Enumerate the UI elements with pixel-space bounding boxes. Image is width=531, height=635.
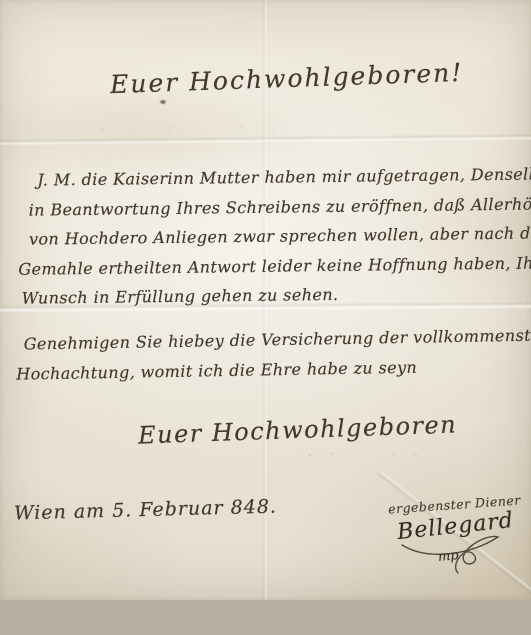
signature-paraph: mp: [437, 548, 459, 565]
letter-closing-paragraph: Genehmigen Sie hiebey die Versicherung d…: [16, 320, 531, 389]
faded-ink-smudge: [84, 118, 294, 146]
letter-valediction: Euer Hochwohlgeboren: [138, 410, 458, 449]
letter-dateline: Wien am 5. Februar 848.: [14, 496, 277, 525]
faint-pencil-marks: [298, 450, 438, 460]
letter-salutation: Euer Hochwohlgeboren!: [110, 58, 464, 99]
ink-blot: [159, 99, 167, 105]
letter-scan-paper: Euer Hochwohlgeboren! J. M. die Kaiserin…: [0, 0, 531, 600]
letter-body-paragraph: J. M. die Kaiserinn Mutter haben mir auf…: [15, 158, 531, 313]
